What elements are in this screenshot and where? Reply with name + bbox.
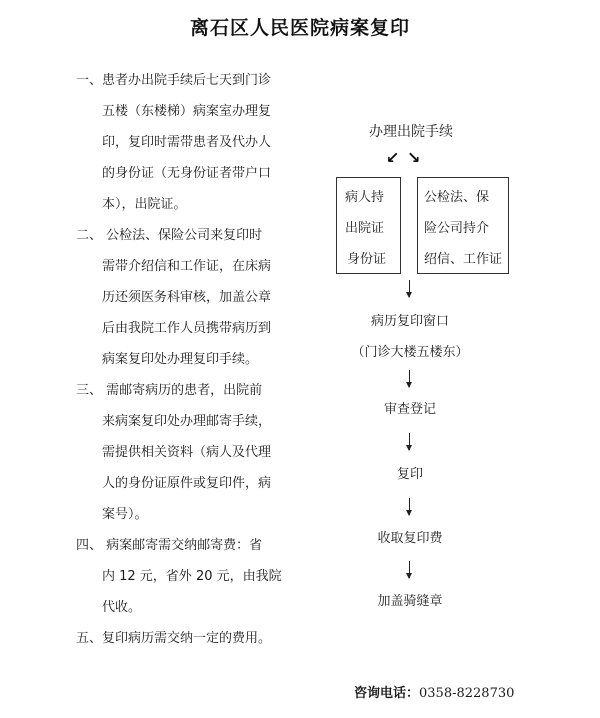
item-line: 案号）。 [76,499,336,530]
flow-step-fee: 收取复印费 [340,529,480,549]
item-line: 复印病历需交纳一定的费用。 [102,631,271,646]
item-line: 代收。 [76,592,336,623]
box-patient-documents: 病人持 出院证 身份证 [336,177,401,274]
contact-info: 咨询电话：0358-8228730 [354,682,514,701]
item-number: 五、 [76,623,102,654]
item-line: 需带介绍信和工作证，在床病 [76,251,336,282]
flow-step-register: 审查登记 [340,400,480,420]
item-line: 历还须医务科审核，加盖公章 [76,282,336,313]
arrow-down-icon [409,498,410,515]
contact-phone: 0358-8228730 [419,686,514,701]
box-line: 绍信、工作证 [424,244,508,275]
item-line: 印，复印时需带患者及代办人 [76,127,336,158]
contact-label: 咨询电话： [354,686,419,701]
arrow-down-left-icon: ↙ [386,148,399,167]
item-line: 公检法、保险公司来复印时 [102,228,262,243]
arrow-down-icon [409,370,410,387]
instruction-item-1: 一、患者办出院手续后七天到门诊 五楼（东楼梯）病案室办理复 印，复印时需带患者及… [76,65,336,220]
flow-step-copy: 复印 [340,465,480,485]
page-title: 离石区人民医院病案复印 [0,13,600,40]
item-line: 需邮寄病历的患者，出院前 [102,383,262,398]
item-line: 内 12 元，省外 20 元，由我院 [76,561,336,592]
item-line: 后由我院工作人员携带病历到 [76,313,336,344]
box-line: 出院证 [345,213,400,244]
item-number: 三、 [76,375,102,406]
item-line: 的身份证（无身份证者带户口 [76,158,336,189]
arrow-down-icon [409,280,410,297]
flow-step-seal: 加盖骑缝章 [340,592,480,612]
box-line: 险公司持介 [424,213,508,244]
item-line: 患者办出院手续后七天到门诊 [102,73,271,88]
step-line: 病历复印窗口 [340,306,480,337]
instruction-item-2: 二、 公检法、保险公司来复印时 需带介绍信和工作证，在床病 历还须医务科审核，加… [76,220,336,375]
box-line: 公检法、保 [424,182,508,213]
arrow-down-icon [409,433,410,450]
item-number: 四、 [76,530,102,561]
item-line: 本），出院证。 [76,189,336,220]
item-number: 一、 [76,65,102,96]
item-line: 需提供相关资料（病人及代理 [76,437,336,468]
box-line: 身份证 [345,244,400,275]
instruction-item-4: 四、 病案邮寄需交纳邮寄费：省 内 12 元，省外 20 元，由我院 代收。 [76,530,336,623]
item-line: 五楼（东楼梯）病案室办理复 [76,96,336,127]
arrow-down-right-icon: ↘ [407,148,420,167]
instructions-list: 一、患者办出院手续后七天到门诊 五楼（东楼梯）病案室办理复 印，复印时需带患者及… [76,65,336,654]
box-line: 病人持 [345,182,400,213]
item-line: 病案邮寄需交纳邮寄费：省 [102,538,262,553]
box-agency-documents: 公检法、保 险公司持介 绍信、工作证 [417,177,509,274]
flow-start: 办理出院手续 [356,121,466,141]
flow-step-window: 病历复印窗口 （门诊大楼五楼东） [340,306,480,368]
instruction-item-5: 五、复印病历需交纳一定的费用。 [76,623,336,654]
item-line: 病案复印处办理复印手续。 [76,344,336,375]
step-line: （门诊大楼五楼东） [340,337,480,368]
item-line: 来病案复印处办理邮寄手续， [76,406,336,437]
item-line: 人的身份证原件或复印件，病 [76,468,336,499]
item-number: 二、 [76,220,102,251]
instruction-item-3: 三、 需邮寄病历的患者，出院前 来病案复印处办理邮寄手续， 需提供相关资料（病人… [76,375,336,530]
arrow-down-icon [409,561,410,578]
